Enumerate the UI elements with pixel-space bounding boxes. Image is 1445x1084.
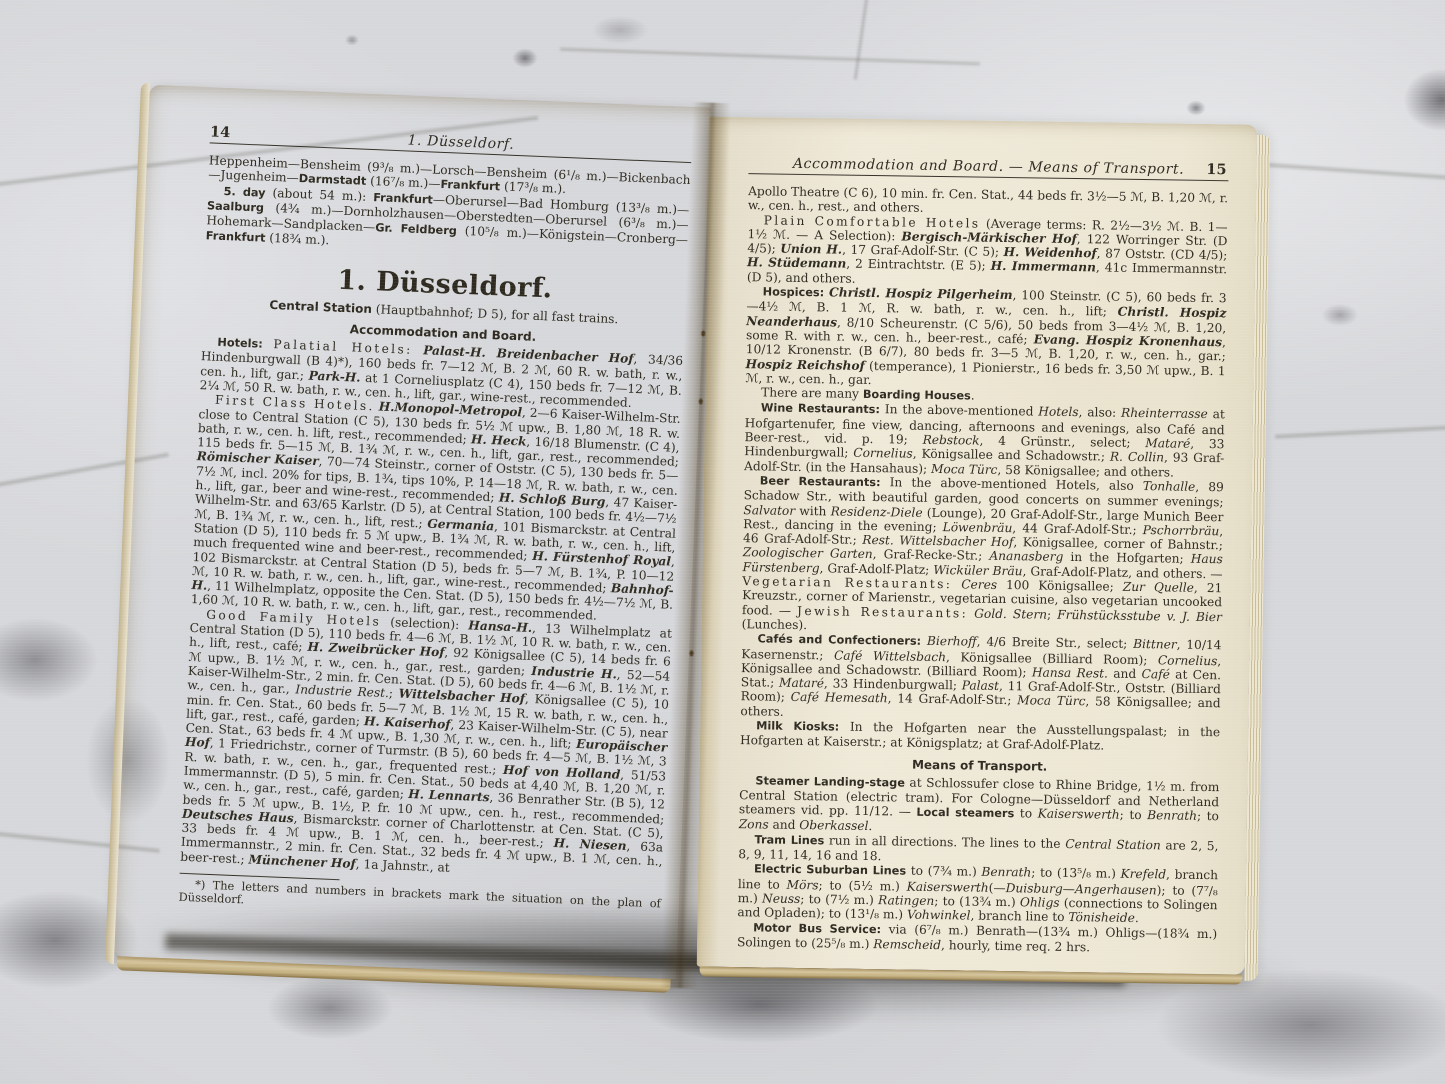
text-run: Ratingen bbox=[878, 893, 934, 908]
text-run: to (7¾ m.) bbox=[906, 864, 982, 879]
text-run: Rebstock bbox=[923, 433, 980, 448]
text-run: Benrath bbox=[981, 865, 1031, 880]
text-run: Vohwinkel bbox=[907, 908, 971, 923]
text-run: Wine Restaurants: bbox=[761, 402, 880, 417]
paragraph: Good Family Hotels (selection): Hansa-H.… bbox=[180, 607, 672, 884]
text-run: Café Hemesath bbox=[791, 690, 888, 705]
running-title: 1. Düsseldorf. bbox=[230, 125, 692, 160]
text-run: (18¾ m.). bbox=[265, 231, 329, 248]
text-run: H. Stüdemann bbox=[747, 256, 846, 271]
text-run: 100 Königsallee; bbox=[997, 578, 1123, 594]
text-run: , Graf-Recke-Str.; bbox=[873, 547, 990, 563]
text-run: R. Collin bbox=[1110, 450, 1164, 465]
text-run: Café bbox=[1141, 667, 1170, 681]
text-run bbox=[263, 337, 274, 351]
text-run: Tram Lines bbox=[754, 833, 824, 847]
right-page-text: Apollo Theatre (C 6), 10 min. fr. Cen. S… bbox=[737, 184, 1228, 956]
binding-stitch bbox=[689, 650, 693, 656]
text-run: Benrath bbox=[1147, 808, 1197, 823]
text-run: Zoologischer Garten bbox=[743, 546, 873, 562]
page-left-content: 14 1. Düsseldorf. Heppenheim—Bensheim (9… bbox=[114, 85, 711, 979]
text-run: Palast bbox=[962, 678, 999, 693]
text-run: , 2 Eintrachtstr. (E 5); bbox=[846, 257, 991, 273]
text-run: Ananasberg bbox=[989, 549, 1063, 564]
text-run: Ceres bbox=[961, 577, 997, 592]
text-run: with bbox=[795, 503, 831, 518]
text-run: ; to (7½ m.) bbox=[800, 892, 878, 907]
text-run: Bittner bbox=[1133, 637, 1177, 652]
text-run: Pschorrbräu bbox=[1143, 523, 1220, 538]
text-run: ; to bbox=[1120, 808, 1148, 822]
text-run: Remscheid bbox=[873, 937, 941, 952]
text-run: , branch line to bbox=[970, 909, 1068, 924]
text-run: , 44 Graf-Adolf-Str.; bbox=[1012, 521, 1143, 537]
paragraph: Beer Restaurants: In the above-mentioned… bbox=[742, 473, 1224, 638]
page-number: 14 bbox=[210, 123, 231, 141]
text-run: Steamer Landing-stage bbox=[755, 774, 905, 789]
text-run: Motor Bus Service: bbox=[753, 921, 881, 936]
text-run: Hotels bbox=[1038, 405, 1078, 420]
text-run: Frankfurt bbox=[373, 191, 433, 206]
text-run: 1. Düsseldorf. bbox=[337, 264, 553, 304]
left-page-text: Heppenheim—Bensheim (9³/₈ m.)—Lorsch—Ben… bbox=[178, 153, 690, 924]
text-run: Tonhalle bbox=[1143, 479, 1196, 494]
text-run: , also: bbox=[1078, 406, 1121, 421]
text-run: , hourly, time req. 2 hrs. bbox=[941, 938, 1090, 954]
text-run: and bbox=[769, 818, 800, 832]
text-run: Hansa Rest. bbox=[1032, 665, 1108, 680]
text-run: to bbox=[1014, 806, 1038, 820]
paragraph: Wine Restaurants: In the above-mentioned… bbox=[744, 401, 1225, 481]
text-run: in the Hofgarten; bbox=[1063, 550, 1191, 566]
text-run: ; to (13⁵/₈ m.) bbox=[1031, 866, 1120, 881]
text-run: Means of Transport. bbox=[912, 757, 1048, 773]
text-run: Local steamers bbox=[916, 806, 1014, 820]
text-run: ; to (5½ m.) bbox=[818, 878, 906, 893]
page-number: 15 bbox=[1206, 161, 1226, 178]
text-run bbox=[412, 343, 423, 357]
text-run: Cafés and Confectioners: bbox=[757, 633, 921, 648]
text-run: Frankfurt bbox=[440, 178, 500, 193]
text-run: Mörs bbox=[787, 877, 819, 891]
text-run: Salvator bbox=[743, 503, 795, 518]
text-run: Residenz-Diele bbox=[831, 504, 923, 519]
page-right: Accommodation and Board. — Means of Tran… bbox=[697, 117, 1258, 975]
text-run: , 14 Graf-Adolf-Str.; bbox=[888, 692, 1018, 708]
text-run: (17³/₈ m.). bbox=[500, 180, 566, 197]
text-run: Tönisheide bbox=[1068, 910, 1135, 925]
text-run: Frühstücksstube v. J. Bier bbox=[1057, 607, 1222, 623]
text-run: Gr. Feldberg bbox=[375, 221, 457, 237]
text-run: Moca Türc bbox=[931, 462, 998, 477]
text-run: Neuss bbox=[762, 891, 800, 906]
text-run: Kaiserswerth bbox=[907, 879, 989, 894]
text-run: Beer Restaurants: bbox=[760, 474, 881, 489]
text-run: H. Weidenhof bbox=[1003, 245, 1096, 260]
text-run: Saalburg bbox=[207, 199, 265, 214]
text-run: Jewish Restaurants: bbox=[797, 604, 968, 621]
text-run: *) The letters and numbers in brackets m… bbox=[178, 877, 661, 910]
text-run: Cornelius bbox=[853, 446, 913, 461]
text-run: Milk Kiosks: bbox=[756, 719, 839, 733]
open-guidebook: 14 1. Düsseldorf. Heppenheim—Bensheim (9… bbox=[115, 86, 1282, 1017]
text-run: — bbox=[1063, 882, 1075, 896]
text-run: Mataré bbox=[779, 676, 824, 691]
text-run: . bbox=[971, 389, 975, 403]
paragraph: Plain Comfortable Hotels (Average terms:… bbox=[747, 213, 1228, 292]
text-run: . bbox=[1135, 911, 1139, 925]
text-run: , 4/6 Breite Str., select; bbox=[977, 635, 1134, 651]
text-run: , 1a Jahnstr., at bbox=[356, 857, 450, 875]
text-run: Gold. Stern bbox=[974, 606, 1047, 621]
text-run: Wicküler Bräu bbox=[933, 563, 1022, 578]
text-run: , Graf-Adolf-Platz; bbox=[819, 561, 933, 577]
text-run: Café Wittelsbach bbox=[834, 648, 946, 664]
text-run: ; bbox=[389, 686, 399, 700]
paragraph: First Class Hotels. H.Monopol-Metropol, … bbox=[191, 392, 681, 626]
text-run: Darmstadt bbox=[298, 172, 366, 188]
page-right-content: Accommodation and Board. — Means of Tran… bbox=[697, 117, 1258, 975]
text-run: Zons bbox=[739, 818, 769, 832]
text-run: Electric Suburban Lines bbox=[754, 863, 906, 878]
text-run: Duisburg bbox=[1006, 881, 1063, 896]
text-run: H. Immermann bbox=[991, 259, 1096, 275]
text-run: Central Station bbox=[1065, 837, 1161, 852]
text-run: Bierhoff bbox=[927, 634, 977, 649]
text-run: Moca Türc bbox=[1017, 694, 1086, 709]
text-run: Löwenbräu bbox=[943, 520, 1013, 535]
paragraph: Cafés and Confectioners: Bierhoff, 4/6 B… bbox=[740, 631, 1221, 725]
text-run: Apollo Theatre (C 6), 10 min. fr. Cen. S… bbox=[748, 184, 1228, 215]
section-heading: Means of Transport. bbox=[740, 755, 1220, 776]
text-run: Central Station bbox=[269, 298, 372, 316]
text-run: ; to bbox=[1197, 809, 1219, 823]
text-run: Hotels: bbox=[217, 336, 263, 351]
text-run: Mataré bbox=[1145, 436, 1190, 451]
text-run: Boarding Houses bbox=[863, 388, 971, 403]
paragraph: Milk Kiosks: In the Hofgarten near the A… bbox=[740, 718, 1220, 755]
text-run: 5. day bbox=[223, 185, 265, 200]
text-run: Kaiserswerth bbox=[1038, 807, 1120, 822]
text-run: Angerhausen bbox=[1075, 882, 1157, 897]
text-run: . bbox=[868, 819, 872, 833]
text-run: Rheinterrasse bbox=[1121, 406, 1208, 421]
text-run: (— bbox=[989, 880, 1006, 894]
text-run: ; to (13¾ m.) bbox=[934, 894, 1020, 909]
text-run: Hospices: bbox=[763, 285, 825, 299]
text-run: Krefeld bbox=[1120, 867, 1166, 882]
text-run: , 87 Oststr. (CD 4/5); bbox=[1097, 247, 1228, 263]
paragraph: Hospices: Christl. Hospiz Pilgerheim, 10… bbox=[745, 284, 1226, 392]
page-left: 14 1. Düsseldorf. Heppenheim—Bensheim (9… bbox=[114, 85, 711, 979]
text-run: In the above-mentioned bbox=[880, 403, 1039, 419]
text-run: Frankfurt bbox=[206, 230, 266, 245]
running-head-left: 14 1. Düsseldorf. bbox=[210, 123, 692, 160]
text-run: and bbox=[1108, 666, 1142, 680]
text-run: Christl. Hospiz Pilgerheim bbox=[829, 285, 1013, 302]
text-run: Oberkassel bbox=[799, 818, 868, 833]
text-run: Hospiz Reichshof bbox=[745, 357, 864, 373]
text-run: Cornelius bbox=[1158, 653, 1218, 668]
paragraph: Steamer Landing-stage at Schlossufer clo… bbox=[739, 773, 1220, 839]
text-run: Zur Quelle bbox=[1123, 580, 1194, 595]
text-run: (16⁷/₈ m.)— bbox=[366, 174, 441, 191]
photo-scene: 14 1. Düsseldorf. Heppenheim—Bensheim (9… bbox=[0, 0, 1445, 1084]
text-run: Union H. bbox=[780, 242, 842, 257]
text-run: ; bbox=[1047, 607, 1057, 621]
text-run: (Lunches). bbox=[742, 617, 808, 632]
paragraph: Electric Suburban Lines to (7¾ m.) Benra… bbox=[737, 861, 1218, 926]
text-run: Ohligs bbox=[1020, 895, 1060, 910]
text-run: There are many bbox=[761, 386, 863, 402]
text-run: Münchener Hof bbox=[248, 852, 356, 870]
text-run bbox=[952, 577, 961, 591]
paragraph: Motor Bus Service: via (6⁷/₈ m.) Benrath… bbox=[737, 920, 1217, 957]
